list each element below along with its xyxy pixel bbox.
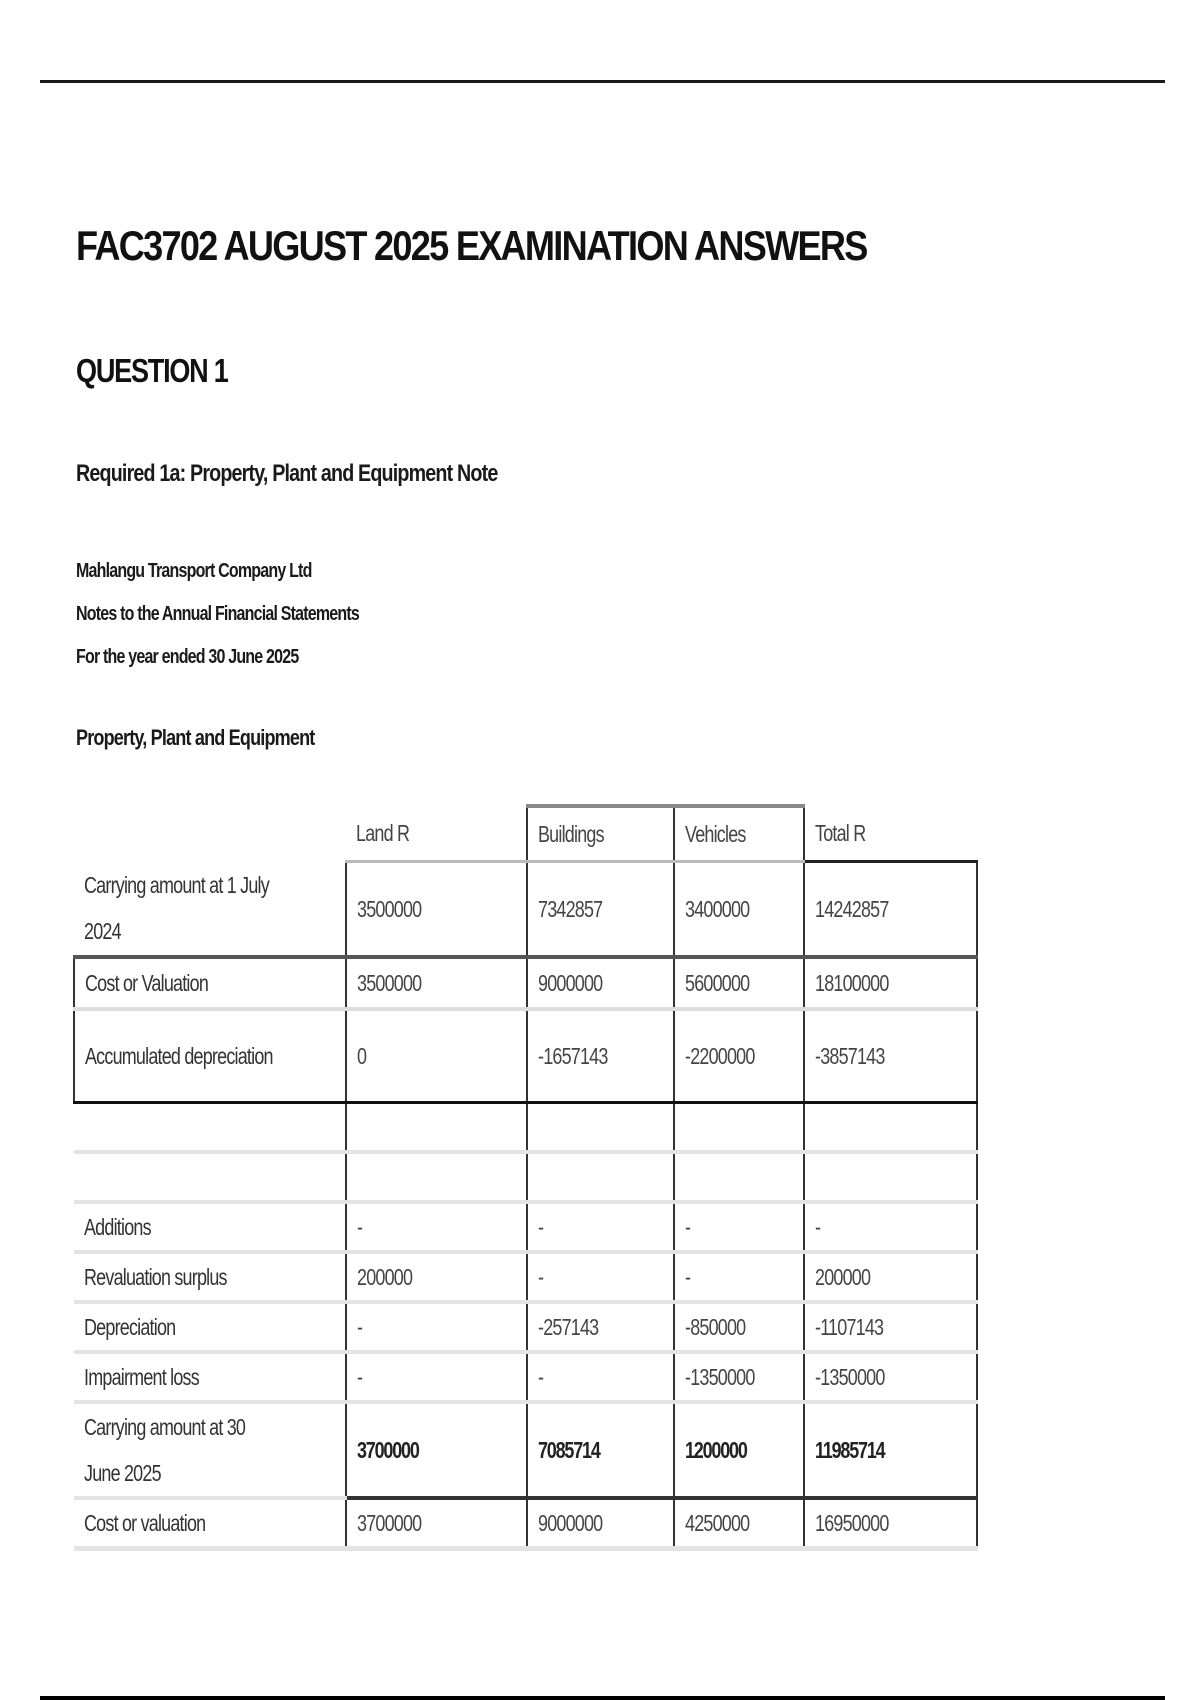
table-row: Depreciation--257143-850000-1107143 xyxy=(74,1302,977,1352)
row-label xyxy=(74,1103,346,1153)
table-cell: 14242857 xyxy=(804,862,977,958)
table-row: Revaluation surplus200000--200000 xyxy=(74,1252,977,1302)
row-label: Impairment loss xyxy=(74,1352,346,1402)
table-cell: -1350000 xyxy=(804,1352,977,1402)
table-cell xyxy=(346,1152,527,1202)
ppe-table: Land R Buildings Vehicles Total R Carryi… xyxy=(73,804,978,1551)
required-heading: Required 1a: Property, Plant and Equipme… xyxy=(76,460,497,488)
table-cell xyxy=(527,1152,674,1202)
document-title: FAC3702 AUGUST 2025 EXAMINATION ANSWERS xyxy=(76,222,867,270)
table-row: Cost or valuation37000009000000425000016… xyxy=(74,1498,977,1549)
table-cell: 16950000 xyxy=(804,1498,977,1549)
table-row: Additions---- xyxy=(74,1202,977,1252)
table-cell: - xyxy=(674,1252,804,1302)
table-cell xyxy=(804,1152,977,1202)
table-cell: 200000 xyxy=(804,1252,977,1302)
notes-title: Notes to the Annual Financial Statements xyxy=(76,593,359,636)
company-name: Mahlangu Transport Company Ltd xyxy=(76,550,359,593)
row-label: Additions xyxy=(74,1202,346,1252)
table-row: Carrying amount at 1 July 20243500000734… xyxy=(74,862,977,958)
table-cell xyxy=(804,1103,977,1153)
ppe-heading: Property, Plant and Equipment xyxy=(76,725,315,751)
row-label: Accumulated depreciation xyxy=(74,1009,346,1103)
table-cell: 11985714 xyxy=(804,1402,977,1498)
table-row xyxy=(74,1152,977,1202)
table-cell xyxy=(674,1103,804,1153)
bottom-divider xyxy=(40,1696,1165,1700)
table-cell: - xyxy=(527,1252,674,1302)
table-cell xyxy=(527,1103,674,1153)
table-cell: -3857143 xyxy=(804,1009,977,1103)
table-cell: -850000 xyxy=(674,1302,804,1352)
row-label xyxy=(74,1152,346,1202)
question-heading: QUESTION 1 xyxy=(76,352,228,390)
period-text: For the year ended 30 June 2025 xyxy=(76,636,359,679)
row-label: Depreciation xyxy=(74,1302,346,1352)
table-cell xyxy=(346,1103,527,1153)
column-header-land: Land R xyxy=(346,806,527,862)
table-header-row: Land R Buildings Vehicles Total R xyxy=(74,806,977,862)
row-label: Carrying amount at 30 June 2025 xyxy=(74,1402,346,1498)
header-blank xyxy=(74,806,346,862)
table-cell: -1350000 xyxy=(674,1352,804,1402)
statement-header: Mahlangu Transport Company Ltd Notes to … xyxy=(76,550,430,679)
table-cell: - xyxy=(804,1202,977,1252)
table-cell: - xyxy=(527,1352,674,1402)
table-cell: -1107143 xyxy=(804,1302,977,1352)
table-cell: - xyxy=(346,1302,527,1352)
table-row: Carrying amount at 30 June 2025370000070… xyxy=(74,1402,977,1498)
top-divider xyxy=(40,80,1165,83)
row-label: Cost or valuation xyxy=(74,1498,346,1549)
table-cell: 5600000 xyxy=(674,957,804,1009)
row-label: Revaluation surplus xyxy=(74,1252,346,1302)
table-cell: 3700000 xyxy=(346,1402,527,1498)
table-row: Impairment loss---1350000-1350000 xyxy=(74,1352,977,1402)
table-cell: 18100000 xyxy=(804,957,977,1009)
table-cell: -257143 xyxy=(527,1302,674,1352)
table-cell: -1657143 xyxy=(527,1009,674,1103)
table-cell: - xyxy=(527,1202,674,1252)
table-cell: 1200000 xyxy=(674,1402,804,1498)
table-cell: 9000000 xyxy=(527,1498,674,1549)
table-cell: 4250000 xyxy=(674,1498,804,1549)
column-header-total: Total R xyxy=(804,806,977,862)
table-row: Cost or Valuation35000009000000560000018… xyxy=(74,957,977,1009)
table-cell: 0 xyxy=(346,1009,527,1103)
row-label: Carrying amount at 1 July 2024 xyxy=(74,862,346,958)
table-row xyxy=(74,1103,977,1153)
table-cell: - xyxy=(674,1202,804,1252)
table-cell: - xyxy=(346,1202,527,1252)
table-cell: - xyxy=(346,1352,527,1402)
column-header-buildings: Buildings xyxy=(527,806,674,862)
table-cell: 3400000 xyxy=(674,862,804,958)
table-cell: 3700000 xyxy=(346,1498,527,1549)
table-cell: 7342857 xyxy=(527,862,674,958)
table-row: Accumulated depreciation0-1657143-220000… xyxy=(74,1009,977,1103)
table-cell: 200000 xyxy=(346,1252,527,1302)
column-header-vehicles: Vehicles xyxy=(674,806,804,862)
table-cell: -2200000 xyxy=(674,1009,804,1103)
row-label: Cost or Valuation xyxy=(74,957,346,1009)
table-cell: 3500000 xyxy=(346,957,527,1009)
table-cell: 9000000 xyxy=(527,957,674,1009)
table-cell xyxy=(674,1152,804,1202)
table-cell: 7085714 xyxy=(527,1402,674,1498)
table-cell: 3500000 xyxy=(346,862,527,958)
